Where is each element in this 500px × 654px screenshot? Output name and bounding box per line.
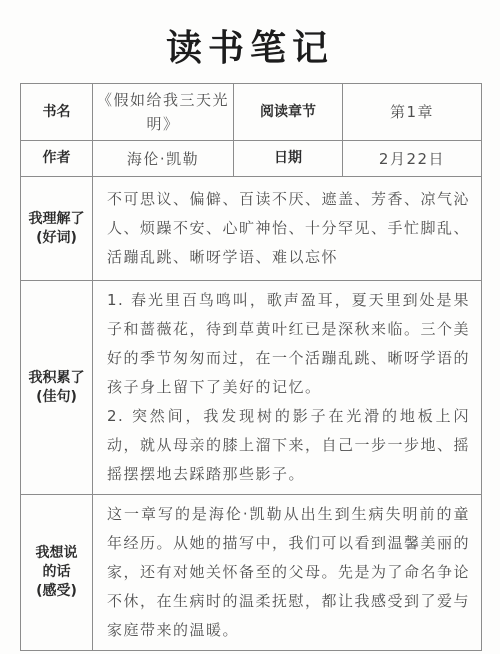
page-title: 读书笔记 [0, 20, 500, 71]
good-words-content: 不可思议、偏僻、百读不厌、遮盖、芳香、凉气沁人、烦躁不安、心旷神怡、十分罕见、手… [93, 177, 482, 281]
table-row-good-words: 我理解了 (好词) 不可思议、偏僻、百读不厌、遮盖、芳香、凉气沁人、烦躁不安、心… [21, 177, 482, 281]
table-row-author: 作者 海伦·凯勒 日期 2月22日 [21, 141, 482, 177]
good-sentences-content: 1. 春光里百鸟鸣叫，歌声盈耳，夏天里到处是果子和蔷薇花，待到草黄叶红已是深秋来… [93, 281, 482, 495]
good-words-label: 我理解了 (好词) [21, 177, 93, 281]
date-label: 日期 [234, 141, 343, 177]
good-sentences-label: 我积累了 (佳句) [21, 281, 93, 495]
thoughts-label: 我想说 的话 (感受) [21, 495, 93, 651]
reading-notes-table: 书名 《假如给我三天光明》 阅读章节 第1章 作者 海伦·凯勒 日期 2月22日… [20, 83, 482, 651]
book-name-value: 《假如给我三天光明》 [93, 84, 234, 141]
table-row-book: 书名 《假如给我三天光明》 阅读章节 第1章 [21, 84, 482, 141]
chapter-value: 第1章 [343, 84, 482, 141]
chapter-label: 阅读章节 [234, 84, 343, 141]
author-value: 海伦·凯勒 [93, 141, 234, 177]
reading-notes-page: 读书笔记 书名 《假如给我三天光明》 阅读章节 第1章 作者 海伦·凯勒 日期 … [0, 0, 500, 654]
author-label: 作者 [21, 141, 93, 177]
table-row-thoughts: 我想说 的话 (感受) 这一章写的是海伦·凯勒从出生到生病失明前的童年经历。从她… [21, 495, 482, 651]
thoughts-content: 这一章写的是海伦·凯勒从出生到生病失明前的童年经历。从她的描写中，我们可以看到温… [93, 495, 482, 651]
date-value: 2月22日 [343, 141, 482, 177]
book-name-label: 书名 [21, 84, 93, 141]
table-row-good-sentences: 我积累了 (佳句) 1. 春光里百鸟鸣叫，歌声盈耳，夏天里到处是果子和蔷薇花，待… [21, 281, 482, 495]
